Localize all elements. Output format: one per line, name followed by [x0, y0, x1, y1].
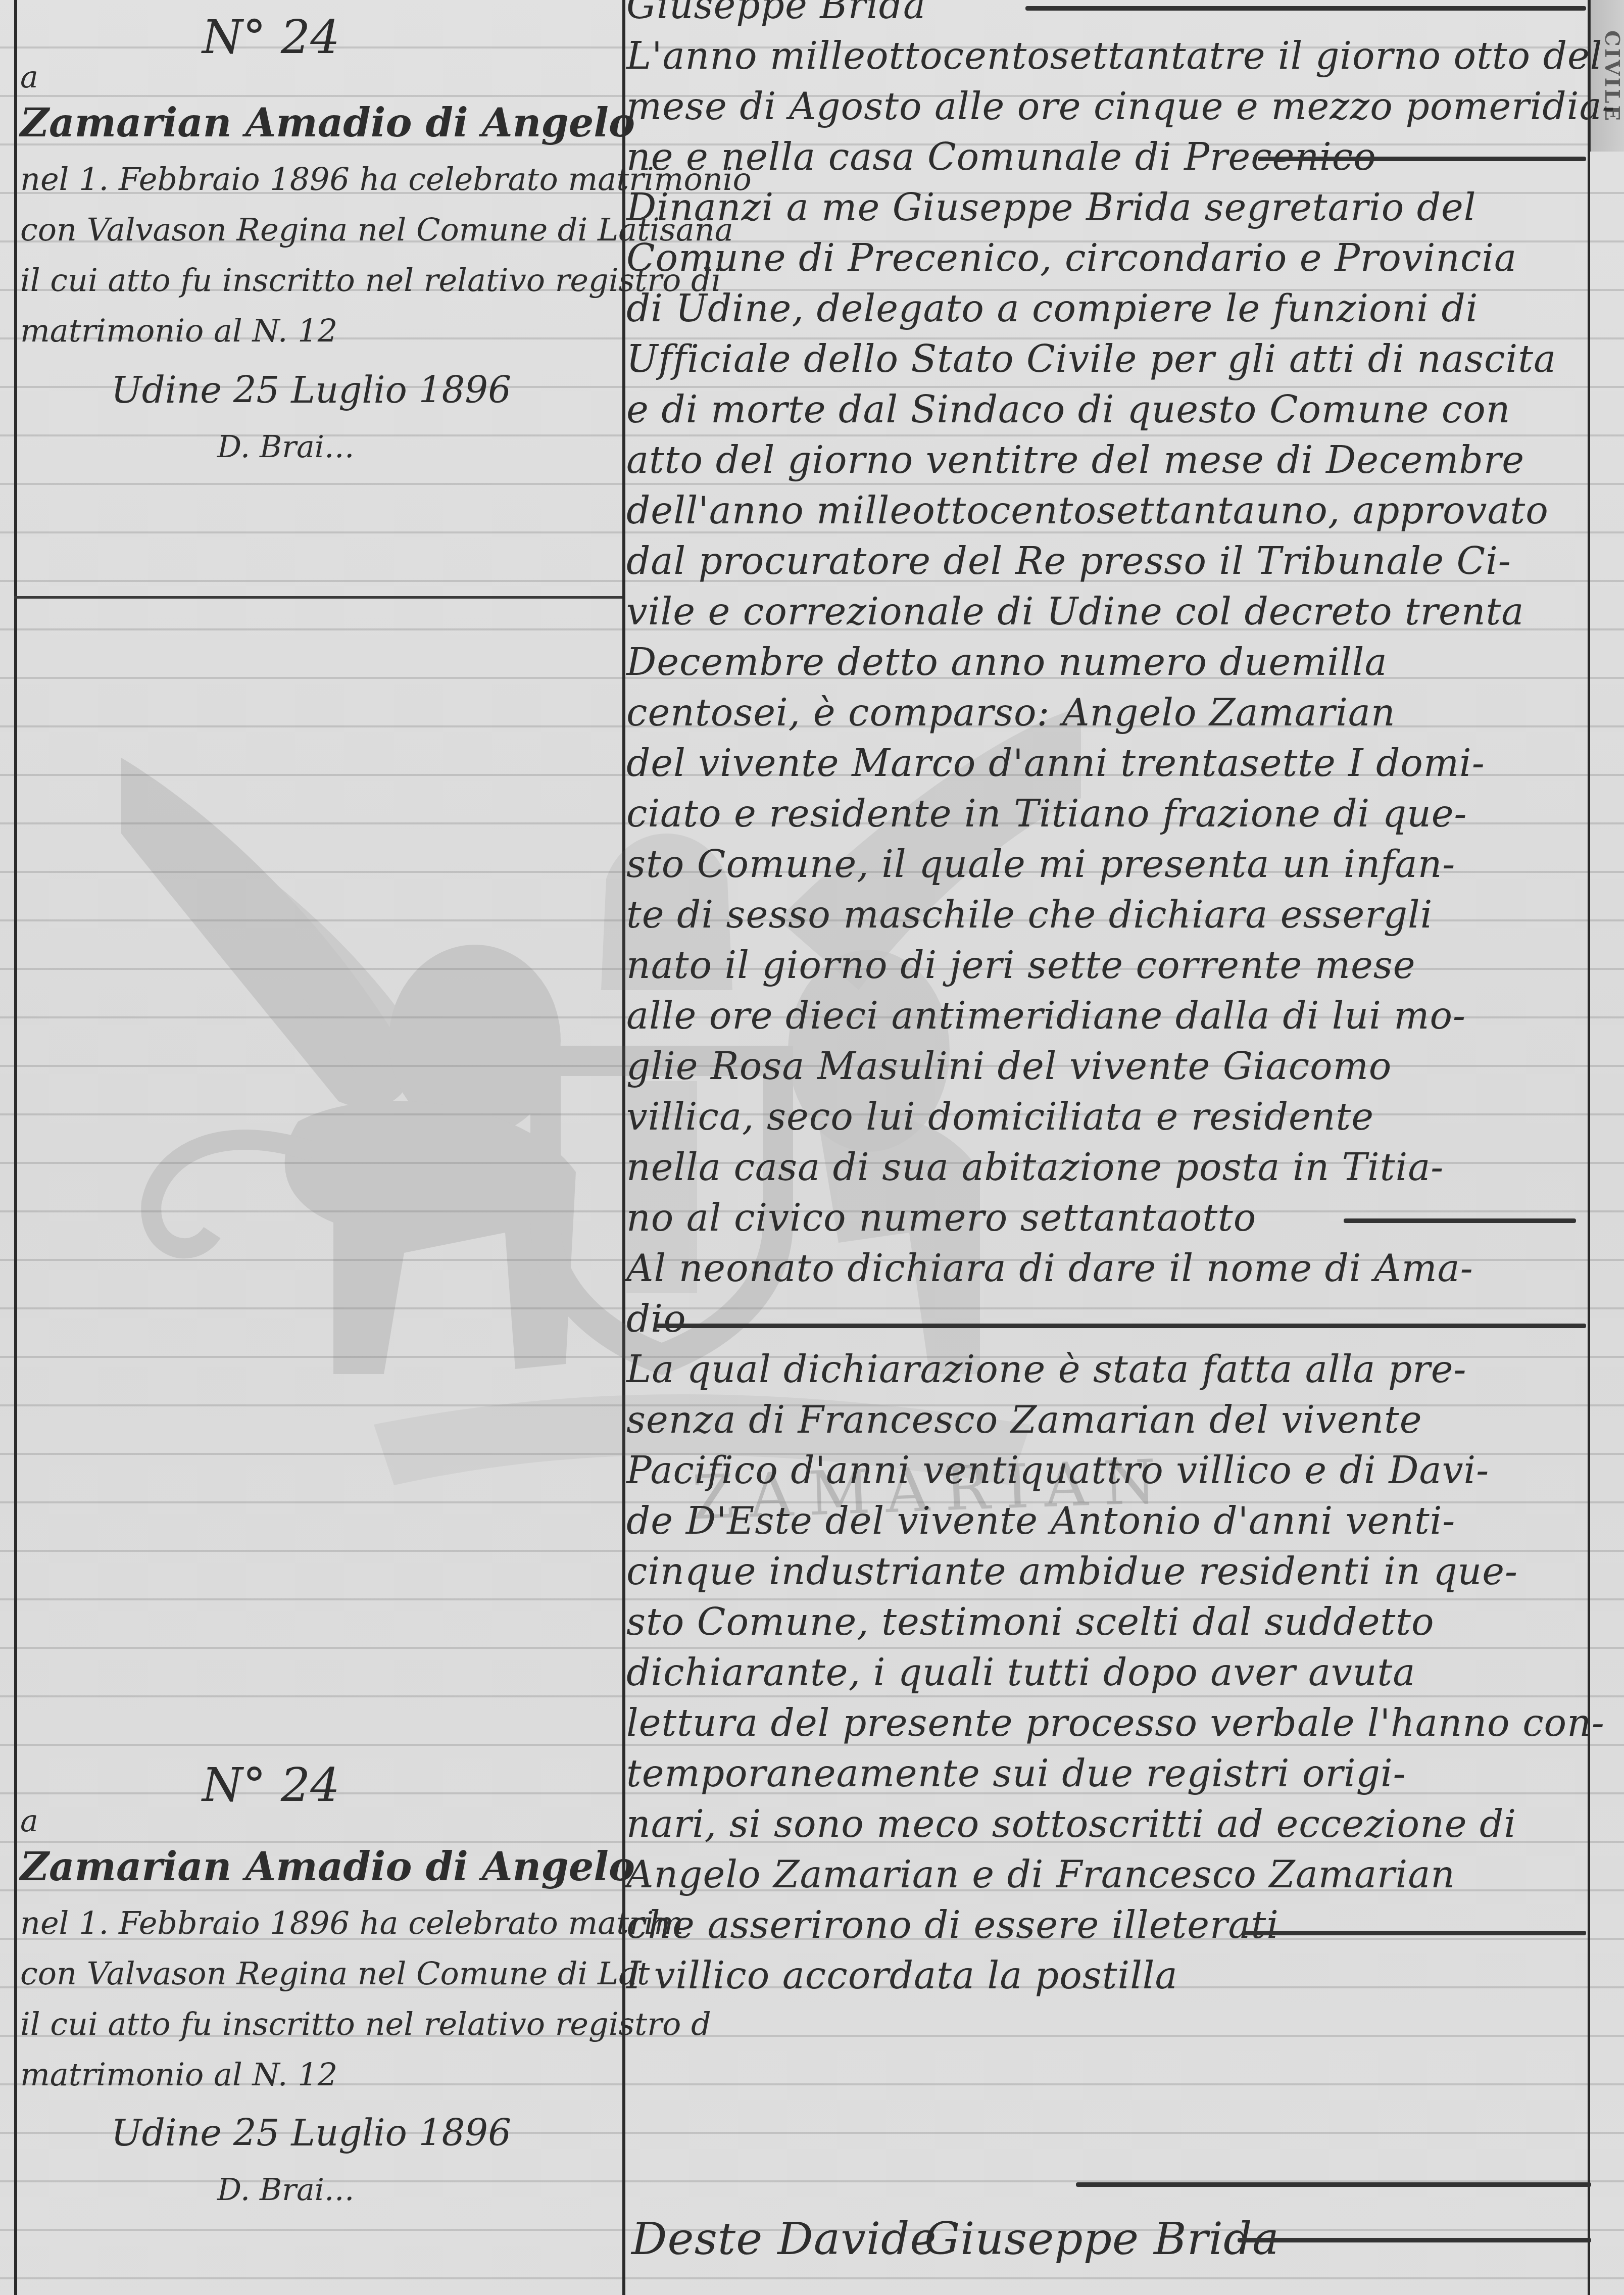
record-line: Al neonato dichiara di dare il nome di A…	[626, 1247, 1473, 1290]
record-line: nari, si sono meco sottoscritti ad eccez…	[626, 1802, 1516, 1846]
record-line: villica, seco lui domiciliata e resident…	[626, 1095, 1374, 1139]
record-line: nella casa di sua abitazione posta in Ti…	[626, 1146, 1444, 1189]
annotation-title: Zamarian Amadio di Angelo	[20, 100, 635, 146]
record-line: dio	[626, 1297, 686, 1341]
record-line: La qual dichiarazione è stata fatta alla…	[626, 1348, 1467, 1391]
fill-line	[1258, 157, 1586, 161]
record-line: dichiarante, i quali tutti dopo aver avu…	[626, 1651, 1415, 1694]
record-line: ciato e residente in Titiano frazione di…	[626, 792, 1467, 836]
fill-line	[1076, 2182, 1591, 2187]
record-line: I villico accordata la postilla	[626, 1954, 1178, 1997]
annotation-line: con Valvason Regina nel Comune di Lat	[20, 1955, 650, 1992]
annotation-letter: a	[20, 60, 38, 95]
annotation-number: N° 24	[202, 1758, 340, 1812]
fill-line	[657, 1324, 1586, 1328]
record-line: temporaneamente sui due registri origi-	[626, 1752, 1406, 1795]
record-line: dell'anno milleottocentosettantauno, app…	[626, 489, 1549, 532]
record-line: Angelo Zamarian e di Francesco Zamarian	[626, 1853, 1455, 1896]
record-line: L'anno milleottocentosettantatre il gior…	[626, 34, 1603, 78]
annotation-line: nel 1. Febbraio 1896 ha celebrato matrim	[20, 1905, 683, 1941]
annotation-line: matrimonio al N. 12	[20, 2056, 337, 2093]
record-line: atto del giorno ventitre del mese di Dec…	[626, 438, 1524, 482]
annotation-letter: a	[20, 1803, 38, 1839]
record-line: sto Comune, il quale mi presenta un infa…	[626, 843, 1455, 886]
record-line: no al civico numero settantaotto	[626, 1196, 1256, 1240]
record-line: cinque industriante ambidue residenti in…	[626, 1550, 1518, 1593]
record-line: Dinanzi a me Giuseppe Brida segretario d…	[626, 186, 1477, 229]
signature-witness: Deste Davide	[631, 2213, 937, 2265]
annotation-line: il cui atto fu inscritto nel relativo re…	[20, 262, 721, 299]
record-line: del vivente Marco d'anni trentasette I d…	[626, 742, 1485, 785]
record-line: vile e correzionale di Udine col decreto…	[626, 590, 1524, 633]
annotation-line: il cui atto fu inscritto nel relativo re…	[20, 2006, 711, 2042]
record-line: Comune di Precenico, circondario e Provi…	[626, 236, 1517, 280]
record-line: alle ore dieci antimeridiane dalla di lu…	[626, 994, 1466, 1038]
record-line: senza di Francesco Zamarian del vivente	[626, 1398, 1422, 1442]
annotation-date: Udine 25 Luglio 1896	[111, 2112, 511, 2154]
record-line: Pacifico d'anni ventiquattro villico e d…	[626, 1449, 1489, 1492]
annotation-date: Udine 25 Luglio 1896	[111, 369, 511, 411]
column-divider-rule	[622, 0, 625, 2295]
annotation-signature: D. Brai…	[217, 2172, 355, 2208]
record-line: Ufficiale dello Stato Civile per gli att…	[626, 337, 1556, 381]
annotation-line: matrimonio al N. 12	[20, 312, 337, 349]
record-line: che asserirono di essere illeterati	[626, 1903, 1279, 1947]
right-margin-rule	[1588, 0, 1590, 2295]
record-line: sto Comune, testimoni scelti dal suddett…	[626, 1600, 1434, 1644]
record-line: centosei, è comparso: Angelo Zamarian	[626, 691, 1396, 735]
left-margin-rule	[14, 0, 17, 2295]
annotation-title: Zamarian Amadio di Angelo	[20, 1844, 635, 1890]
signature-officer: Giuseppe Brida	[924, 2213, 1279, 2265]
fill-line	[1238, 2238, 1591, 2242]
annotation-signature: D. Brai…	[217, 429, 355, 465]
record-line: dal procuratore del Re presso il Tribuna…	[626, 540, 1511, 583]
annotation-number: N° 24	[202, 10, 340, 64]
record-line: mese di Agosto alle ore cinque e mezzo p…	[626, 85, 1615, 128]
fill-line	[1243, 1931, 1586, 1935]
record-header: Giuseppe Brida	[626, 0, 926, 27]
annotation-separator	[14, 596, 622, 599]
record-line: nato il giorno di jeri sette corrente me…	[626, 944, 1416, 987]
record-line: te di sesso maschile che dichiara esserg…	[626, 893, 1433, 937]
record-line: de D'Este del vivente Antonio d'anni ven…	[626, 1499, 1455, 1543]
record-line: Decembre detto anno numero duemilla	[626, 641, 1388, 684]
document-page: ZAMARIAN CIVILE a N° 24 Zamarian Amadio …	[0, 0, 1624, 2295]
fill-line	[1025, 6, 1586, 11]
fill-line	[1344, 1218, 1576, 1223]
record-line: lettura del presente processo verbale l'…	[626, 1701, 1605, 1745]
record-line: e di morte dal Sindaco di questo Comune …	[626, 388, 1511, 431]
record-line: di Udine, delegato a compiere le funzion…	[626, 287, 1479, 330]
record-line: glie Rosa Masulini del vivente Giacomo	[626, 1045, 1392, 1088]
